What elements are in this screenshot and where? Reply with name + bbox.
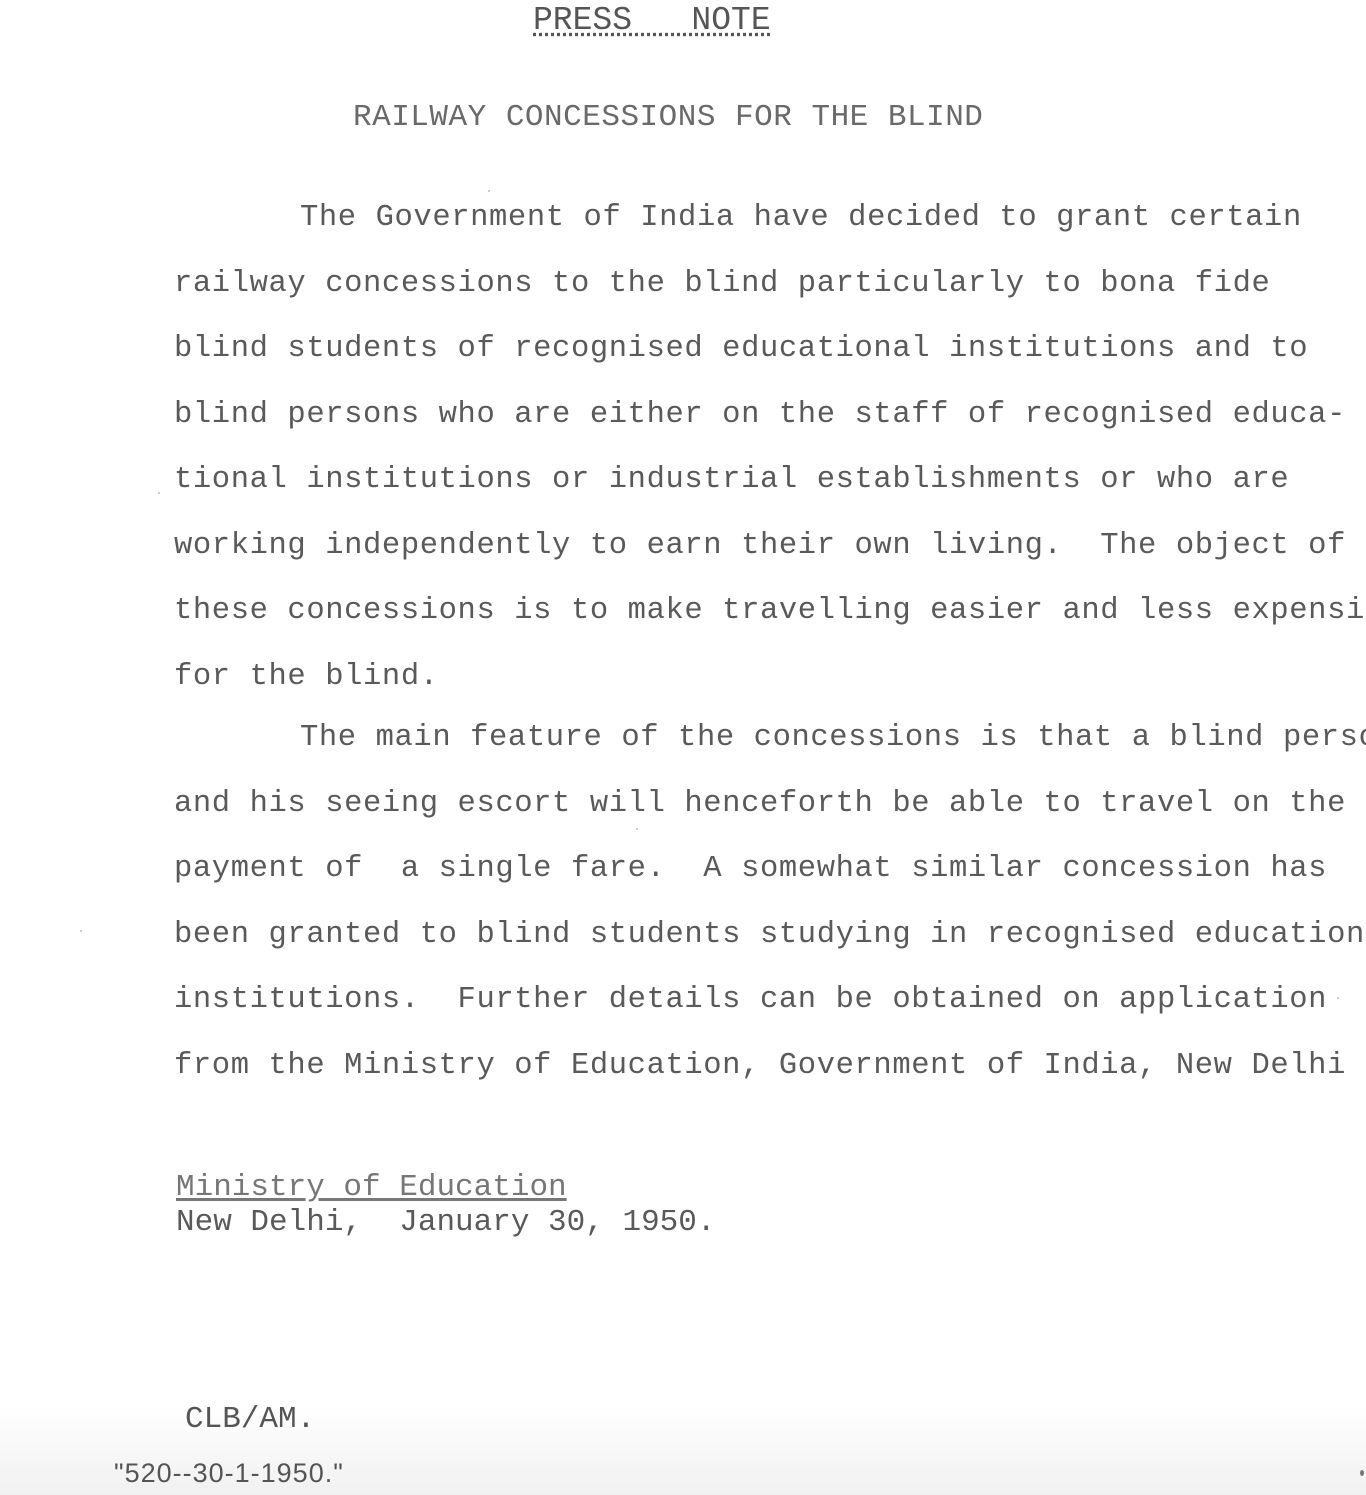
paragraph-line: institutions. Further details can be obt… [174, 968, 1364, 1034]
document-code: "520--30-1-1950." [114, 1458, 344, 1489]
paragraph-line: blind students of recognised educational… [174, 317, 1364, 383]
signature-place-date: New Delhi, January 30, 1950. [176, 1205, 716, 1240]
paragraph-line: The main feature of the concessions is t… [174, 706, 1364, 772]
paragraph-line: The Government of India have decided to … [174, 186, 1364, 252]
signature-block: Ministry of Education New Delhi, January… [176, 1170, 716, 1240]
paragraph-line: payment of a single fare. A somewhat sim… [174, 837, 1364, 903]
paragraph-line: these concessions is to make travelling … [174, 579, 1364, 645]
paragraph-line: tional institutions or industrial establ… [174, 448, 1364, 514]
signature-organization: Ministry of Education [176, 1170, 716, 1205]
document-heading: PRESS NOTE [533, 2, 771, 39]
paper-speck [1337, 997, 1339, 999]
paragraph-line: for the blind. [174, 645, 1364, 711]
paragraph-line: working independently to earn their own … [174, 514, 1364, 580]
paper-speck [158, 492, 160, 494]
paragraph-line: blind persons who are either on the staf… [174, 383, 1364, 449]
paper-speck [636, 828, 638, 830]
paper-speck [488, 190, 490, 192]
paragraph-1: The Government of India have decided to … [174, 186, 1364, 710]
paragraph-line: been granted to blind students studying … [174, 903, 1364, 969]
paragraph-line: railway concessions to the blind particu… [174, 252, 1364, 318]
paper-speck [80, 930, 82, 932]
reference-initials: CLB/AM. [185, 1402, 315, 1437]
document-subtitle: RAILWAY CONCESSIONS FOR THE BLIND [353, 100, 983, 135]
paper-speck [1360, 1470, 1364, 1476]
press-note-page: PRESS NOTE RAILWAY CONCESSIONS FOR THE B… [0, 0, 1366, 1495]
paragraph-line: from the Ministry of Education, Governme… [174, 1034, 1364, 1100]
paragraph-2: The main feature of the concessions is t… [174, 706, 1364, 1099]
paragraph-line: and his seeing escort will henceforth be… [174, 772, 1364, 838]
